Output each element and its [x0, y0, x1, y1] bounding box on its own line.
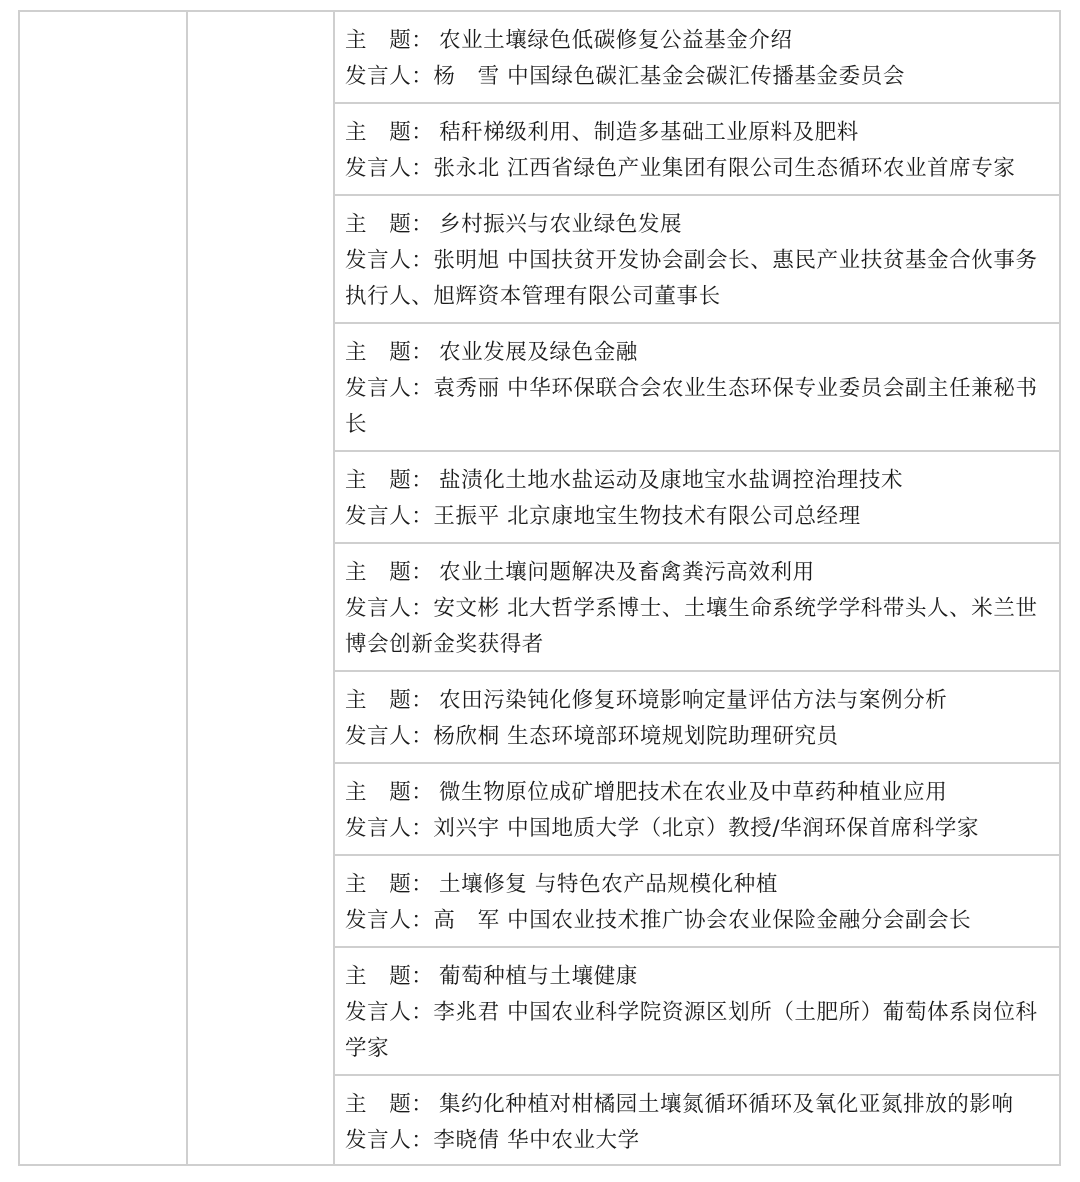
- speaker-line: 发言人：李兆君 中国农业科学院资源区划所（土肥所）葡萄体系岗位科学家: [345, 995, 1055, 1067]
- speaker-text: 高 军 中国农业技术推广协会农业保险金融分会副会长: [433, 908, 971, 933]
- session-item: 主 题：农业土壤问题解决及畜禽粪污高效利用 发言人：安文彬 北大哲学系博士、土壤…: [335, 544, 1059, 672]
- speaker-line: 发言人：安文彬 北大哲学系博士、土壤生命系统学学科带头人、米兰世博会创新金奖获得…: [345, 591, 1055, 663]
- speaker-line: 发言人：袁秀丽 中华环保联合会农业生态环保专业委员会副主任兼秘书长: [345, 371, 1055, 443]
- topic-line: 主 题：集约化种植对柑橘园土壤氮循环循环及氧化亚氮排放的影响: [345, 1087, 1055, 1123]
- session-item: 主 题：农田污染钝化修复环境影响定量评估方法与案例分析 发言人：杨欣桐 生态环境…: [335, 672, 1059, 764]
- speaker-label: 发言人：: [345, 499, 433, 535]
- topic-line: 主 题：农业土壤问题解决及畜禽粪污高效利用: [345, 555, 1055, 591]
- session-column-cell: [188, 12, 335, 1164]
- speaker-label: 发言人：: [345, 811, 433, 847]
- topic-text: 农田污染钝化修复环境影响定量评估方法与案例分析: [439, 688, 947, 713]
- topic-label: 主 题：: [345, 115, 439, 151]
- topic-text: 农业发展及绿色金融: [439, 340, 638, 365]
- topic-label: 主 题：: [345, 959, 439, 995]
- speaker-text: 安文彬 北大哲学系博士、土壤生命系统学学科带头人、米兰世博会创新金奖获得者: [345, 596, 1038, 657]
- speaker-label: 发言人：: [345, 371, 433, 407]
- topic-text: 微生物原位成矿增肥技术在农业及中草药种植业应用: [439, 780, 947, 805]
- speaker-line: 发言人：王振平 北京康地宝生物技术有限公司总经理: [345, 499, 1055, 535]
- topic-label: 主 题：: [345, 1087, 439, 1123]
- session-item: 主 题：农业发展及绿色金融 发言人：袁秀丽 中华环保联合会农业生态环保专业委员会…: [335, 324, 1059, 452]
- topic-text: 农业土壤问题解决及畜禽粪污高效利用: [439, 560, 815, 585]
- topic-line: 主 题：葡萄种植与土壤健康: [345, 959, 1055, 995]
- speaker-label: 发言人：: [345, 591, 433, 627]
- topic-line: 主 题：乡村振兴与农业绿色发展: [345, 207, 1055, 243]
- speaker-label: 发言人：: [345, 995, 433, 1031]
- topic-text: 盐渍化土地水盐运动及康地宝水盐调控治理技术: [439, 468, 903, 493]
- speaker-text: 杨欣桐 生态环境部环境规划院助理研究员: [433, 724, 838, 749]
- speaker-text: 张明旭 中国扶贫开发协会副会长、惠民产业扶贫基金合伙事务执行人、旭辉资本管理有限…: [345, 248, 1038, 309]
- speaker-label: 发言人：: [345, 1123, 433, 1159]
- topic-line: 主 题：农田污染钝化修复环境影响定量评估方法与案例分析: [345, 683, 1055, 719]
- topic-label: 主 题：: [345, 23, 439, 59]
- agenda-table: 主 题：农业土壤绿色低碳修复公益基金介绍 发言人：杨 雪 中国绿色碳汇基金会碳汇…: [18, 10, 1061, 1166]
- speaker-line: 发言人：张永北 江西省绿色产业集团有限公司生态循环农业首席专家: [345, 151, 1055, 187]
- topic-line: 主 题：农业土壤绿色低碳修复公益基金介绍: [345, 23, 1055, 59]
- topic-label: 主 题：: [345, 775, 439, 811]
- speaker-label: 发言人：: [345, 151, 433, 187]
- topic-label: 主 题：: [345, 683, 439, 719]
- topic-text: 葡萄种植与土壤健康: [439, 964, 638, 989]
- topic-line: 主 题：盐渍化土地水盐运动及康地宝水盐调控治理技术: [345, 463, 1055, 499]
- topic-label: 主 题：: [345, 207, 439, 243]
- session-item: 主 题：微生物原位成矿增肥技术在农业及中草药种植业应用 发言人：刘兴宇 中国地质…: [335, 764, 1059, 856]
- speaker-text: 袁秀丽 中华环保联合会农业生态环保专业委员会副主任兼秘书长: [345, 376, 1038, 437]
- topic-label: 主 题：: [345, 335, 439, 371]
- speaker-text: 杨 雪 中国绿色碳汇基金会碳汇传播基金委员会: [433, 64, 905, 89]
- topic-label: 主 题：: [345, 867, 439, 903]
- speaker-line: 发言人：张明旭 中国扶贫开发协会副会长、惠民产业扶贫基金合伙事务执行人、旭辉资本…: [345, 243, 1055, 315]
- speaker-line: 发言人：高 军 中国农业技术推广协会农业保险金融分会副会长: [345, 903, 1055, 939]
- speaker-text: 李兆君 中国农业科学院资源区划所（土肥所）葡萄体系岗位科学家: [345, 1000, 1038, 1061]
- session-item: 主 题：秸秆梯级利用、制造多基础工业原料及肥料 发言人：张永北 江西省绿色产业集…: [335, 104, 1059, 196]
- topic-text: 秸秆梯级利用、制造多基础工业原料及肥料: [439, 120, 859, 145]
- speaker-line: 发言人：李晓倩 华中农业大学: [345, 1123, 1055, 1159]
- topic-line: 主 题：秸秆梯级利用、制造多基础工业原料及肥料: [345, 115, 1055, 151]
- speaker-label: 发言人：: [345, 719, 433, 755]
- topic-text: 集约化种植对柑橘园土壤氮循环循环及氧化亚氮排放的影响: [439, 1092, 1014, 1117]
- topic-text: 乡村振兴与农业绿色发展: [439, 212, 682, 237]
- speaker-line: 发言人：杨 雪 中国绿色碳汇基金会碳汇传播基金委员会: [345, 59, 1055, 95]
- session-item: 主 题：集约化种植对柑橘园土壤氮循环循环及氧化亚氮排放的影响 发言人：李晓倩 华…: [335, 1076, 1059, 1164]
- topic-text: 土壤修复 与特色农产品规模化种植: [439, 872, 778, 897]
- speaker-text: 刘兴宇 中国地质大学（北京）教授/华润环保首席科学家: [433, 816, 979, 841]
- speaker-text: 王振平 北京康地宝生物技术有限公司总经理: [433, 504, 860, 529]
- speakers-column: 主 题：农业土壤绿色低碳修复公益基金介绍 发言人：杨 雪 中国绿色碳汇基金会碳汇…: [335, 12, 1059, 1164]
- topic-line: 主 题：土壤修复 与特色农产品规模化种植: [345, 867, 1055, 903]
- topic-label: 主 题：: [345, 463, 439, 499]
- topic-line: 主 题：微生物原位成矿增肥技术在农业及中草药种植业应用: [345, 775, 1055, 811]
- speaker-line: 发言人：杨欣桐 生态环境部环境规划院助理研究员: [345, 719, 1055, 755]
- session-item: 主 题：盐渍化土地水盐运动及康地宝水盐调控治理技术 发言人：王振平 北京康地宝生…: [335, 452, 1059, 544]
- topic-label: 主 题：: [345, 555, 439, 591]
- speaker-text: 李晓倩 华中农业大学: [433, 1128, 639, 1153]
- speaker-text: 张永北 江西省绿色产业集团有限公司生态循环农业首席专家: [433, 156, 1015, 181]
- speaker-label: 发言人：: [345, 243, 433, 279]
- session-item: 主 题：农业土壤绿色低碳修复公益基金介绍 发言人：杨 雪 中国绿色碳汇基金会碳汇…: [335, 12, 1059, 104]
- speaker-label: 发言人：: [345, 903, 433, 939]
- time-column-cell: [20, 12, 188, 1164]
- speaker-label: 发言人：: [345, 59, 433, 95]
- session-item: 主 题：土壤修复 与特色农产品规模化种植 发言人：高 军 中国农业技术推广协会农…: [335, 856, 1059, 948]
- speaker-line: 发言人：刘兴宇 中国地质大学（北京）教授/华润环保首席科学家: [345, 811, 1055, 847]
- topic-text: 农业土壤绿色低碳修复公益基金介绍: [439, 28, 793, 53]
- topic-line: 主 题：农业发展及绿色金融: [345, 335, 1055, 371]
- session-item: 主 题：乡村振兴与农业绿色发展 发言人：张明旭 中国扶贫开发协会副会长、惠民产业…: [335, 196, 1059, 324]
- session-item: 主 题：葡萄种植与土壤健康 发言人：李兆君 中国农业科学院资源区划所（土肥所）葡…: [335, 948, 1059, 1076]
